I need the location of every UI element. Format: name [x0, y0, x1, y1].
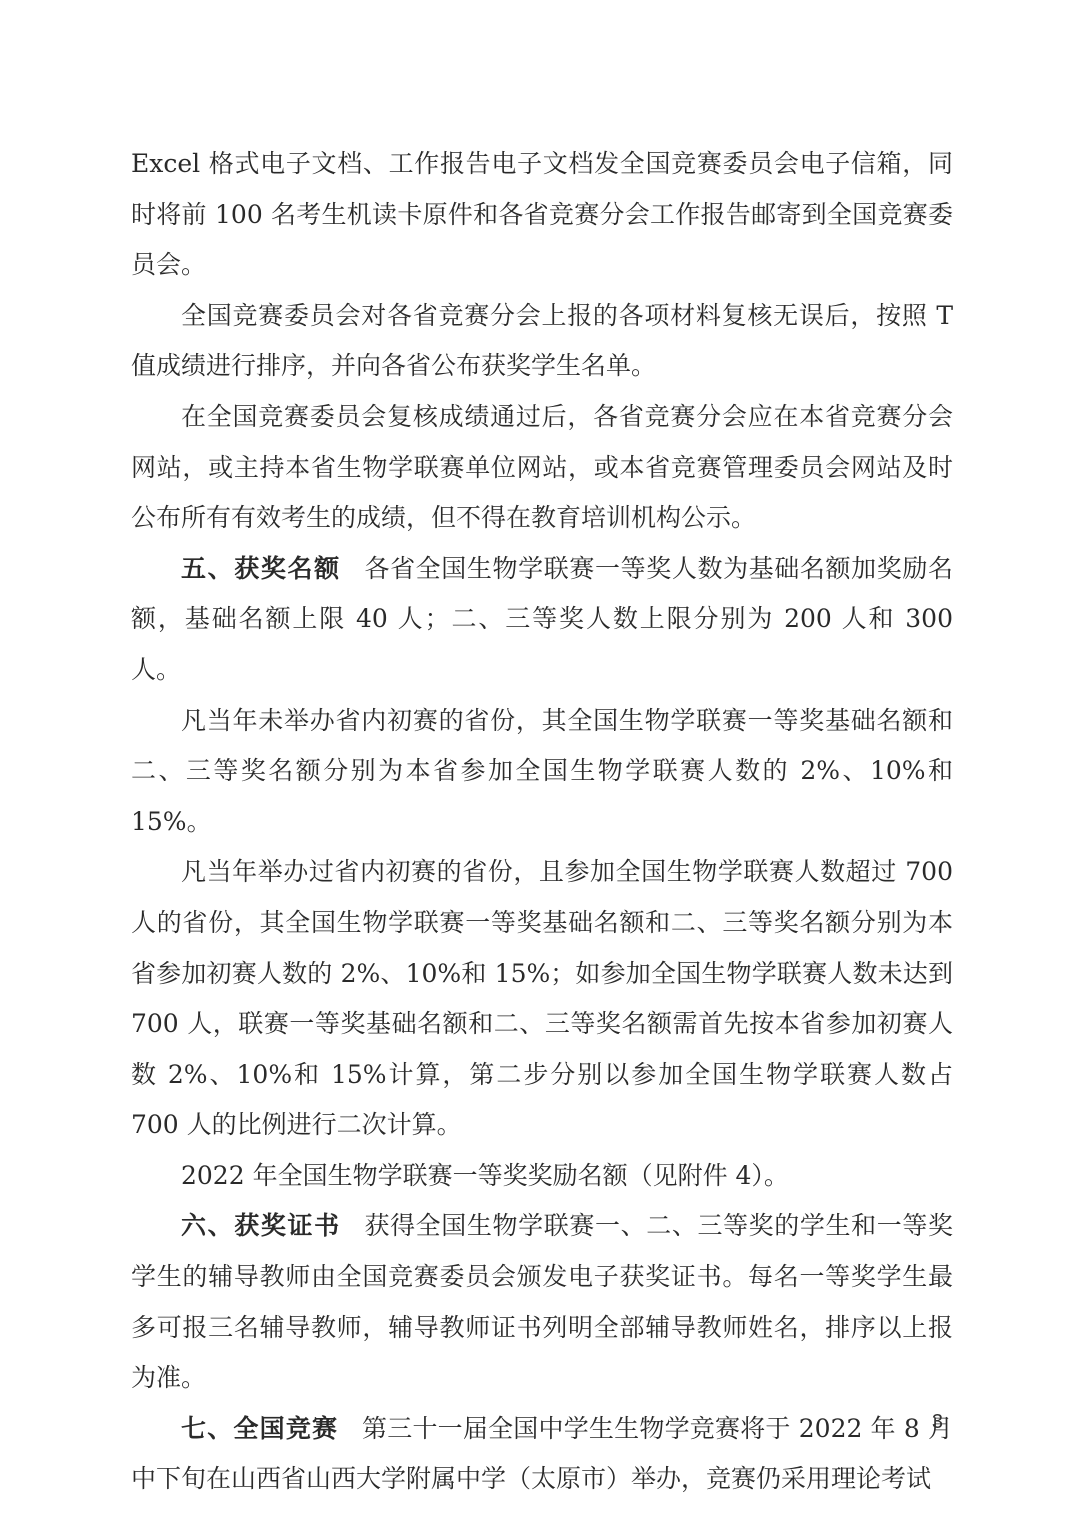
paragraph: 凡当年举办过省内初赛的省份，且参加全国生物学联赛人数超过 700 人的省份，其全… — [131, 847, 953, 1151]
document-page: Excel 格式电子文档、工作报告电子文档发全国竞赛委员会电子信箱，同时将前 1… — [0, 0, 1080, 1527]
section-heading: 六、获奖证书 — [181, 1211, 341, 1240]
paragraph: 五、获奖名额各省全国生物学联赛一等奖人数为基础名额加奖励名额，基础名额上限 40… — [131, 544, 953, 696]
paragraph-text: 全国竞赛委员会对各省竞赛分会上报的各项材料复核无误后，按照 T 值成绩进行排序，… — [131, 301, 953, 381]
paragraph-text: 凡当年未举办省内初赛的省份，其全国生物学联赛一等奖基础名额和二、三等奖名额分别为… — [131, 706, 953, 836]
paragraph-text: 2022 年全国生物学联赛一等奖奖励名额（见附件 4）。 — [181, 1161, 789, 1190]
paragraph-text: 在全国竞赛委员会复核成绩通过后，各省竞赛分会应在本省竞赛分会网站，或主持本省生物… — [131, 402, 953, 532]
section-heading: 五、获奖名额 — [181, 554, 341, 583]
paragraph: 2022 年全国生物学联赛一等奖奖励名额（见附件 4）。 — [131, 1151, 953, 1202]
paragraph: 六、获奖证书获得全国生物学联赛一、二、三等奖的学生和一等奖学生的辅导教师由全国竞… — [131, 1201, 953, 1403]
paragraph-text: Excel 格式电子文档、工作报告电子文档发全国竞赛委员会电子信箱，同时将前 1… — [131, 149, 953, 279]
page-number: 3 — [131, 1408, 943, 1436]
document-body: Excel 格式电子文档、工作报告电子文档发全国竞赛委员会电子信箱，同时将前 1… — [131, 139, 953, 1505]
paragraph: Excel 格式电子文档、工作报告电子文档发全国竞赛委员会电子信箱，同时将前 1… — [131, 139, 953, 291]
paragraph: 凡当年未举办省内初赛的省份，其全国生物学联赛一等奖基础名额和二、三等奖名额分别为… — [131, 696, 953, 848]
paragraph: 在全国竞赛委员会复核成绩通过后，各省竞赛分会应在本省竞赛分会网站，或主持本省生物… — [131, 392, 953, 544]
paragraph: 全国竞赛委员会对各省竞赛分会上报的各项材料复核无误后，按照 T 值成绩进行排序，… — [131, 291, 953, 392]
paragraph-text: 凡当年举办过省内初赛的省份，且参加全国生物学联赛人数超过 700 人的省份，其全… — [131, 857, 953, 1139]
